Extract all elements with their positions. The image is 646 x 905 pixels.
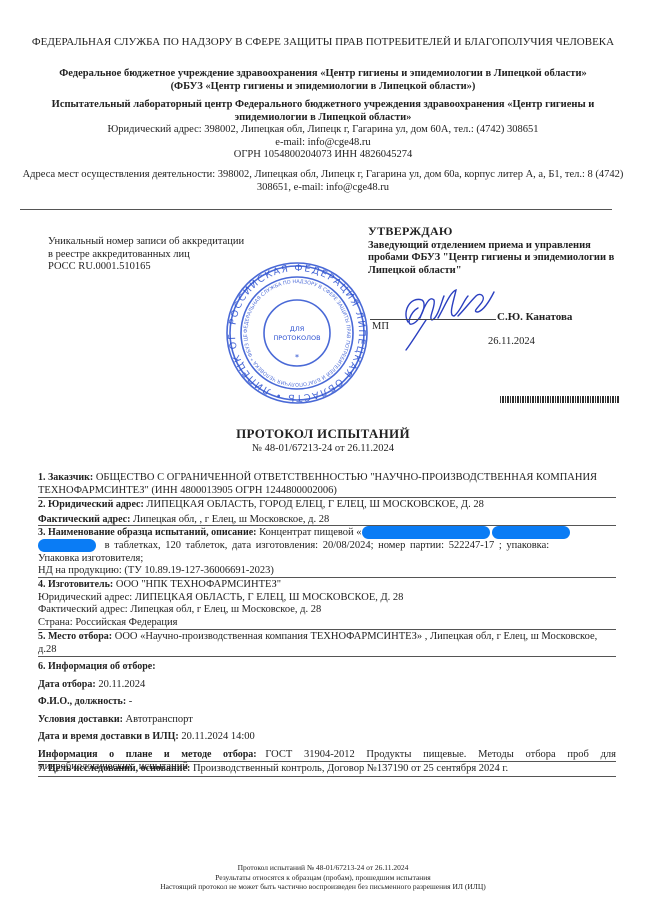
delivery-conditions-label: Условия доставки: bbox=[38, 714, 123, 725]
actual-address-value: Липецкая обл, , г Елец, ш Московское, д.… bbox=[133, 514, 329, 525]
signature-line bbox=[370, 319, 496, 320]
accreditation-line1: Уникальный номер записи об аккредитации bbox=[48, 236, 244, 249]
institution-short-name: (ФБУЗ «Центр гигиены и эпидемиологии в Л… bbox=[10, 80, 636, 93]
sampling-method-label: Информация о плане и методе отбора: bbox=[38, 749, 257, 760]
seal-place-label: МП bbox=[372, 321, 389, 332]
svg-text:*: * bbox=[295, 353, 299, 362]
section-customer: 1. Заказчик: ОБЩЕСТВО С ОГРАНИЧЕННОЙ ОТВ… bbox=[38, 472, 616, 497]
sampler-name-label: Ф.И.О., должность: bbox=[38, 696, 126, 707]
accreditation-number: РОСС RU.0001.510165 bbox=[48, 261, 244, 274]
legal-address-label: 2. Юридический адрес: bbox=[38, 499, 144, 510]
section-purpose: 7. Цель исследований, основание: Произво… bbox=[38, 763, 616, 776]
page-footer: Протокол испытаний № 48-01/67213-24 от 2… bbox=[0, 863, 646, 892]
sample-name-prefix: Концентрат пищевой « bbox=[259, 527, 361, 538]
actual-address-label: Фактический адрес: bbox=[38, 514, 130, 525]
svg-text:ПРОТОКОЛОВ: ПРОТОКОЛОВ bbox=[273, 334, 320, 342]
divider bbox=[38, 656, 616, 657]
signer-name: С.Ю. Канатова bbox=[497, 311, 572, 323]
protocol-number: № 48-01/67213-24 от 26.11.2024 bbox=[0, 443, 646, 454]
footer-copy-note: Настоящий протокол не может быть частичн… bbox=[0, 882, 646, 892]
sampling-date-label: Дата отбора: bbox=[38, 679, 96, 690]
manufacturer-actual-address: Фактический адрес: Липецкая обл, г Елец,… bbox=[38, 604, 616, 617]
svg-text:ДЛЯ: ДЛЯ bbox=[290, 325, 304, 333]
divider bbox=[38, 776, 616, 777]
sample-packaging: Упаковка изготовителя; bbox=[38, 553, 616, 566]
sampling-place-value: ООО «Научно-производственная компания ТЕ… bbox=[38, 631, 597, 655]
delivery-conditions-value: Автотранспорт bbox=[126, 714, 193, 725]
legal-address: Юридический адрес: 398002, Липецкая обл,… bbox=[10, 124, 636, 137]
sampling-place-label: 5. Место отбора: bbox=[38, 631, 112, 642]
divider bbox=[38, 577, 616, 578]
footer-protocol-ref: Протокол испытаний № 48-01/67213-24 от 2… bbox=[0, 863, 646, 873]
protocol-title: ПРОТОКОЛ ИСПЫТАНИЙ bbox=[0, 426, 646, 442]
approval-block: УТВЕРЖДАЮ Заведующий отделением приема и… bbox=[368, 225, 618, 277]
redaction-block bbox=[362, 526, 490, 539]
divider bbox=[38, 629, 616, 630]
sampling-info-label: 6. Информация об отборе: bbox=[38, 658, 616, 676]
lab-center-name: Испытательный лабораторный центр Федерал… bbox=[10, 99, 636, 124]
email: e-mail: info@cge48.ru bbox=[10, 137, 636, 150]
customer-value: ОБЩЕСТВО С ОГРАНИЧЕННОЙ ОТВЕТСТВЕННОСТЬЮ… bbox=[38, 472, 597, 496]
approval-date: 26.11.2024 bbox=[488, 336, 535, 347]
lab-center-block: Испытательный лабораторный центр Федерал… bbox=[10, 99, 636, 162]
sampling-date-value: 20.11.2024 bbox=[98, 679, 145, 690]
institution-heading: Федеральное бюджетное учреждение здравоо… bbox=[10, 67, 636, 93]
agency-heading: ФЕДЕРАЛЬНАЯ СЛУЖБА ПО НАДЗОРУ В СФЕРЕ ЗА… bbox=[20, 36, 626, 49]
purpose-value: Производственный контроль, Договор №1371… bbox=[193, 763, 508, 774]
manufacturer-label: 4. Изготовитель: bbox=[38, 579, 113, 590]
accreditation-line2: в реестре аккредитованных лиц bbox=[48, 249, 244, 262]
redaction-block bbox=[492, 526, 570, 539]
seal-stamp-icon: РОССИЙСКАЯ ФЕДЕРАЦИЯ ЛИПЕЦКАЯ ОБЛАСТЬ • … bbox=[222, 258, 372, 408]
section-manufacturer: 4. Изготовитель: ООО "НПК ТЕХНОФАРМСИНТЕ… bbox=[38, 579, 616, 629]
delivery-datetime-value: 20.11.2024 14:00 bbox=[181, 731, 254, 742]
approval-title: УТВЕРЖДАЮ bbox=[368, 225, 618, 238]
ogrn-inn: ОГРН 1054800204073 ИНН 4826045274 bbox=[10, 149, 636, 162]
activity-address: Адреса мест осуществления деятельности: … bbox=[10, 168, 636, 194]
sample-label: 3. Наименование образца испытаний, описа… bbox=[38, 527, 256, 538]
divider bbox=[38, 761, 616, 762]
sampler-name-value: - bbox=[129, 696, 133, 707]
redaction-block bbox=[38, 539, 96, 552]
approval-position: Заведующий отделением приема и управлени… bbox=[368, 240, 618, 278]
delivery-datetime-label: Дата и время доставки в ИЛЦ: bbox=[38, 731, 179, 742]
manufacturer-legal-address: Юридический адрес: ЛИПЕЦКАЯ ОБЛАСТЬ, Г Е… bbox=[38, 592, 616, 605]
institution-name: Федеральное бюджетное учреждение здравоо… bbox=[10, 67, 636, 80]
signature-icon bbox=[398, 282, 498, 352]
section-sampling-place: 5. Место отбора: ООО «Научно-производств… bbox=[38, 631, 616, 656]
manufacturer-country: Страна: Российская Федерация bbox=[38, 617, 616, 630]
barcode-icon bbox=[500, 396, 620, 403]
section-legal-address: 2. Юридический адрес: ЛИПЕЦКАЯ ОБЛАСТЬ, … bbox=[38, 499, 616, 526]
header-divider bbox=[20, 209, 612, 210]
accreditation-block: Уникальный номер записи об аккредитации … bbox=[48, 236, 244, 274]
manufacturer-value: ООО "НПК ТЕХНОФАРМСИНТЕЗ" bbox=[116, 579, 281, 590]
legal-address-value: ЛИПЕЦКАЯ ОБЛАСТЬ, ГОРОД ЕЛЕЦ, Г ЕЛЕЦ, Ш … bbox=[146, 499, 483, 510]
divider bbox=[38, 497, 616, 498]
section-sample: 3. Наименование образца испытаний, описа… bbox=[38, 526, 616, 578]
section-sampling-info: 6. Информация об отборе: Дата отбора: 20… bbox=[38, 658, 616, 774]
sample-normative-doc: НД на продукцию: (ТУ 10.89.19-127-360066… bbox=[38, 565, 616, 578]
footer-results-note: Результаты относятся к образцам (пробам)… bbox=[0, 873, 646, 883]
sample-description: в таблетках, 120 таблеток, дата изготовл… bbox=[105, 540, 550, 551]
customer-label: 1. Заказчик: bbox=[38, 472, 93, 483]
purpose-label: 7. Цель исследований, основание: bbox=[38, 763, 190, 774]
